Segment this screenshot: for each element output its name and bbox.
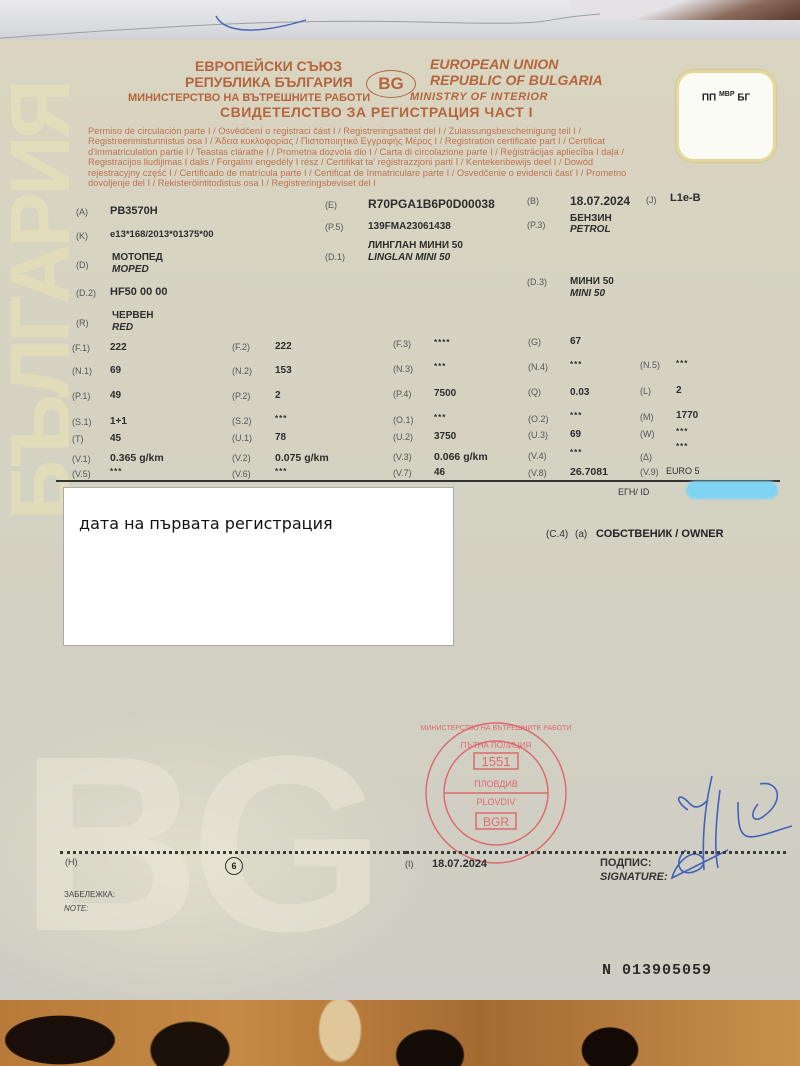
field-v5-label: (V.5) bbox=[72, 469, 91, 479]
document-header: ЕВРОПЕЙСКИ СЪЮЗ РЕПУБЛИКА БЪЛГАРИЯ МИНИС… bbox=[110, 56, 650, 136]
footer-dotted-line-left bbox=[60, 851, 406, 854]
field-r-label: (R) bbox=[76, 318, 89, 328]
footer-dotted-line-right bbox=[406, 851, 786, 854]
svg-text:МИНИСТЕРСТВО НА ВЪТРЕШНИТЕ РАБ: МИНИСТЕРСТВО НА ВЪТРЕШНИТЕ РАБОТИ bbox=[421, 725, 572, 732]
field-v1-value: 0.365 g/km bbox=[110, 452, 164, 464]
field-u3-label: (U.3) bbox=[528, 430, 548, 440]
field-f3-value: **** bbox=[434, 338, 450, 347]
field-p3-value-en: PETROL bbox=[570, 224, 611, 235]
svg-text:ПЛОВДИВ: ПЛОВДИВ bbox=[474, 779, 518, 789]
field-n5-label: (N.5) bbox=[640, 360, 660, 370]
field-p1-label: (P.1) bbox=[72, 391, 90, 401]
serial-number: N 013905059 bbox=[602, 962, 712, 979]
field-v3-value: 0.066 g/km bbox=[434, 451, 488, 463]
field-e-label: (E) bbox=[325, 200, 337, 210]
field-n3-value: *** bbox=[434, 362, 446, 371]
field-r-value-bg: ЧЕРВЕН bbox=[112, 310, 153, 321]
field-t-value: 45 bbox=[110, 433, 121, 444]
field-p5-value: 139FMA23061438 bbox=[368, 221, 451, 232]
field-m-label: (M) bbox=[640, 412, 654, 422]
field-v2-label: (V.2) bbox=[232, 453, 251, 463]
field-a-value: PB3570H bbox=[110, 205, 158, 217]
field-v7-label: (V.7) bbox=[393, 468, 412, 478]
document-title: СВИДЕТЕЛСТВО ЗА РЕГИСТРАЦИЯ ЧАСТ I bbox=[220, 104, 533, 120]
header-republic-bg: РЕПУБЛИКА БЪЛГАРИЯ bbox=[185, 74, 353, 90]
field-d1-label: (D.1) bbox=[325, 252, 345, 262]
signature-label-en: SIGNATURE: bbox=[600, 871, 668, 883]
note-label-bg: ЗАБЕЛЕЖКА: bbox=[64, 890, 115, 899]
field-m-value: 1770 bbox=[676, 410, 698, 421]
field-v1-label: (V.1) bbox=[72, 454, 91, 464]
pen-mark bbox=[0, 0, 800, 42]
field-b-label: (B) bbox=[527, 196, 539, 206]
field-v4-value: *** bbox=[570, 448, 582, 457]
field-v9-label: (V.9) bbox=[640, 467, 659, 477]
field-v6-label: (V.6) bbox=[232, 469, 251, 479]
signature-icon bbox=[668, 770, 800, 888]
field-p2-label: (P.2) bbox=[232, 391, 250, 401]
signature-label-bg: ПОДПИС: bbox=[600, 857, 652, 869]
field-d-value-bg: МОТОПЕД bbox=[112, 252, 163, 263]
field-s1-label: (S.1) bbox=[72, 417, 92, 427]
ministry-hologram-box: ПП МВР БГ bbox=[676, 70, 776, 162]
svg-text:BGR: BGR bbox=[483, 815, 509, 829]
field-k-label: (K) bbox=[76, 231, 88, 241]
annotation-overlay: дата на първата регистрация bbox=[63, 487, 454, 646]
field-w-label: (W) bbox=[640, 429, 655, 439]
field-g-label: (G) bbox=[528, 337, 541, 347]
field-s2-value: *** bbox=[275, 414, 287, 423]
egn-redaction bbox=[686, 481, 778, 499]
plastic-sleeve bbox=[0, 0, 800, 42]
field-b-value: 18.07.2024 bbox=[570, 194, 630, 208]
field-f3-label: (F.3) bbox=[393, 339, 411, 349]
multilanguage-title: Permiso de circulación parte I / Osvědče… bbox=[88, 126, 628, 188]
watermark-bulgaria: БЪЛГАРИЯ bbox=[0, 50, 62, 520]
field-s2-label: (S.2) bbox=[232, 416, 252, 426]
field-l-label: (L) bbox=[640, 386, 651, 396]
field-n1-label: (N.1) bbox=[72, 366, 92, 376]
field-n4-value: *** bbox=[570, 360, 582, 369]
field-n4-label: (N.4) bbox=[528, 362, 548, 372]
field-f2-label: (F.2) bbox=[232, 342, 250, 352]
field-j-value: L1e-B bbox=[670, 192, 701, 204]
field-l-value: 2 bbox=[676, 385, 682, 396]
field-n2-value: 153 bbox=[275, 365, 292, 376]
field-g-value: 67 bbox=[570, 336, 581, 347]
field-u1-label: (U.1) bbox=[232, 433, 252, 443]
divider-rule bbox=[56, 480, 780, 482]
field-v8-value: 26.7081 bbox=[570, 466, 608, 478]
field-f1-value: 222 bbox=[110, 342, 127, 353]
svg-text:PLOVDIV: PLOVDIV bbox=[476, 797, 515, 807]
field-f1-label: (F.1) bbox=[72, 343, 90, 353]
watermark-bg: BG bbox=[20, 700, 375, 987]
country-code-oval: BG bbox=[366, 70, 416, 98]
circle-number-badge: 6 bbox=[225, 857, 243, 875]
field-t-label: (T) bbox=[72, 434, 84, 444]
header-ministry-en: MINISTRY OF INTERIOR bbox=[410, 91, 548, 103]
owner-title: СОБСТВЕНИК / OWNER bbox=[596, 528, 724, 540]
egn-label: ЕГН/ ID bbox=[618, 487, 649, 497]
field-o1-value: *** bbox=[434, 413, 446, 422]
field-d3-value-bg: МИНИ 50 bbox=[570, 276, 614, 287]
field-r-value-en: RED bbox=[112, 322, 133, 333]
owner-section: (C.4) (a) СОБСТВЕНИК / OWNER bbox=[546, 528, 724, 540]
field-s1-value: 1+1 bbox=[110, 416, 127, 427]
annotation-text: дата на първата регистрация bbox=[79, 514, 333, 533]
field-d-label: (D) bbox=[76, 260, 89, 270]
field-o1-label: (O.1) bbox=[393, 415, 414, 425]
field-p4-value: 7500 bbox=[434, 388, 456, 399]
field-v4-label: (V.4) bbox=[528, 451, 547, 461]
field-d3-label: (D.3) bbox=[527, 277, 547, 287]
field-n2-label: (N.2) bbox=[232, 366, 252, 376]
field-q-label: (Q) bbox=[528, 387, 541, 397]
field-d2-value: HF50 00 00 bbox=[110, 286, 167, 298]
field-n5-value: *** bbox=[676, 359, 688, 368]
background-carpet bbox=[0, 1000, 800, 1066]
field-o2-label: (O.2) bbox=[528, 414, 549, 424]
field-u1-value: 78 bbox=[275, 432, 286, 443]
field-u2-label: (U.2) bbox=[393, 432, 413, 442]
header-eu-bg: ЕВРОПЕЙСКИ СЪЮЗ bbox=[195, 58, 342, 74]
field-p4-label: (P.4) bbox=[393, 389, 411, 399]
field-p3-value-bg: БЕНЗИН bbox=[570, 213, 612, 224]
field-q-value: 0.03 bbox=[570, 387, 589, 398]
field-d1-value-bg: ЛИНГЛАН МИНИ 50 bbox=[368, 240, 463, 251]
police-seal-icon: 1551 ПЛОВДИВ PLOVDIV BGR ПЪТНА ПОЛИЦИЯ М… bbox=[416, 718, 576, 868]
field-d3-value-en: MINI 50 bbox=[570, 288, 605, 299]
field-v6-value: *** bbox=[275, 467, 287, 476]
svg-text:ПЪТНА ПОЛИЦИЯ: ПЪТНА ПОЛИЦИЯ bbox=[461, 741, 532, 750]
hologram-text: ПП МВР БГ bbox=[679, 91, 773, 103]
header-ministry-bg: МИНИСТЕРСТВО НА ВЪТРЕШНИТЕ РАБОТИ bbox=[128, 92, 370, 104]
field-n1-value: 69 bbox=[110, 365, 121, 376]
field-h-label: (H) bbox=[65, 857, 78, 867]
field-v5-value: *** bbox=[110, 467, 122, 476]
field-p5-label: (P.5) bbox=[325, 222, 343, 232]
owner-label: (C.4) bbox=[546, 529, 568, 540]
field-n3-label: (N.3) bbox=[393, 364, 413, 374]
field-o2-value: *** bbox=[570, 411, 582, 420]
field-v3-label: (V.3) bbox=[393, 452, 412, 462]
field-j-label: (J) bbox=[646, 195, 657, 205]
field-u3-value: 69 bbox=[570, 429, 581, 440]
field-i-label: (I) bbox=[405, 859, 414, 869]
note-label-en: NOTE: bbox=[64, 904, 88, 913]
field-d2-label: (D.2) bbox=[76, 288, 96, 298]
field-u2-value: 3750 bbox=[434, 431, 456, 442]
field-delta-value: *** bbox=[676, 442, 688, 451]
field-e-value: R70PGA1B6P0D00038 bbox=[368, 197, 495, 211]
field-a-label: (A) bbox=[76, 207, 88, 217]
field-d1-value-en: LINGLAN MINI 50 bbox=[368, 252, 450, 263]
field-v2-value: 0.075 g/km bbox=[275, 452, 329, 464]
field-d-value-en: MOPED bbox=[112, 264, 149, 275]
field-delta-label: (Δ) bbox=[640, 452, 652, 462]
field-v8-label: (V.8) bbox=[528, 468, 547, 478]
field-f2-value: 222 bbox=[275, 341, 292, 352]
field-k-value: e13*168/2013*01375*00 bbox=[110, 229, 214, 240]
owner-sub-label: (a) bbox=[575, 529, 587, 540]
field-p1-value: 49 bbox=[110, 390, 121, 401]
registration-certificate: БЪЛГАРИЯ BG ЕВРОПЕЙСКИ СЪЮЗ РЕПУБЛИКА БЪ… bbox=[0, 40, 800, 1002]
field-v7-value: 46 bbox=[434, 467, 445, 478]
field-p2-value: 2 bbox=[275, 390, 281, 401]
field-p3-label: (P.3) bbox=[527, 220, 545, 230]
field-v9-value: EURO 5 bbox=[666, 466, 700, 476]
svg-text:1551: 1551 bbox=[482, 754, 511, 769]
header-eu-en: EUROPEAN UNION bbox=[430, 56, 558, 72]
header-republic-en: REPUBLIC OF BULGARIA bbox=[430, 72, 603, 88]
field-w-value: *** bbox=[676, 427, 688, 436]
field-i-value: 18.07.2024 bbox=[432, 858, 487, 870]
